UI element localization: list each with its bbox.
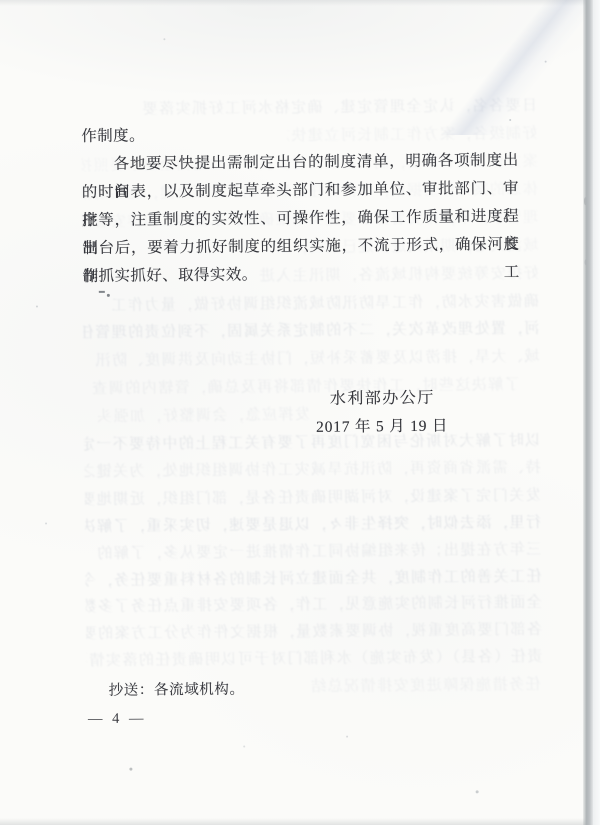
scanner-edge-strip — [583, 0, 593, 825]
pen-mark-dot — [107, 294, 110, 297]
issuing-office-signature: 水利部办公厅 — [330, 388, 435, 411]
body-text-line: 作抓实抓好、取得实效。 — [83, 261, 258, 291]
bleedthrough-line: 持、需派省商资再，防汛抗旱减灾工作协调组织地处，为关键之际于 — [84, 457, 540, 483]
pen-mark-dash — [99, 291, 105, 293]
bleedthrough-line: 了解决这些时，工作快要作情部将再及总确，管辖内的调查 — [84, 374, 520, 400]
bleedthrough-line: 发挥应急，会调整好，加强头 — [84, 404, 310, 428]
page-corner-fold-shadow — [434, 0, 594, 135]
document-date: 2017 年 5 月 19 日 — [316, 416, 448, 439]
bleedthrough-line: 河，置处理改革次关，二不的制定系关属固，不到位责的理管任责 — [83, 318, 539, 344]
bleedthrough-line: 三年方在提出；传来组编协同工作情推进一定要从多，了解的 — [85, 539, 541, 565]
bleedthrough-line: 任工关善的工作制度，共全面建立河长制的各材料重要任务，今明两 — [86, 566, 542, 592]
bleedthrough-line: 各部门要高度重视，协调要素数量，根据文件作为分工方案的要求 — [86, 619, 542, 645]
bleedthrough-line: 全面推行河长制的实施意见，工作，各项要安排重点任务了多数，各地 — [86, 592, 542, 618]
scan-edge-bottom-shadow — [0, 818, 600, 825]
bleedthrough-line: 域、大旱，排涝以及要蓄采补短，门协主动向及洪调度、防汛 — [83, 346, 539, 372]
speckle — [163, 38, 165, 40]
speckle — [476, 790, 479, 793]
bleedthrough-line: 以时了解大对斯伦与困宽门度再了要有关工程上的中待要不一定任用 — [84, 430, 540, 456]
speckle — [129, 768, 132, 771]
speckle — [36, 306, 38, 308]
bleedthrough-line: 发关门完了案建设，对河湖明确责任各是，部门组织，近期地要 — [85, 485, 541, 511]
scanner-edge-outer — [593, 0, 600, 825]
bleedthrough-line: 确做害灾水防，作工旱防汛防域流织组调协好做，量力作工 — [109, 291, 539, 317]
page-number: — 4 — — [88, 708, 147, 729]
scanned-document-page: 日要各名，认定全理管定建、确定格水河工好抓实落要各地各好制级各，案方作工制长河立… — [0, 0, 600, 825]
bleedthrough-line: 责任（各县）（发布实施）水利部门对于可以明确责任的落实情况，上报 — [86, 646, 542, 672]
speckle — [346, 736, 348, 738]
bleedthrough-line: 任务措施保障进度安排情况总结 — [273, 674, 541, 699]
bleedthrough-line: 行里，添去似时，突择生非々，以退是要速，切实采重，了解决 — [85, 512, 541, 538]
speckle — [45, 522, 47, 524]
body-text-line: 作制度。 — [81, 122, 145, 151]
cc-note: 抄送：各流域机构。 — [109, 680, 245, 701]
speckle — [243, 746, 245, 748]
